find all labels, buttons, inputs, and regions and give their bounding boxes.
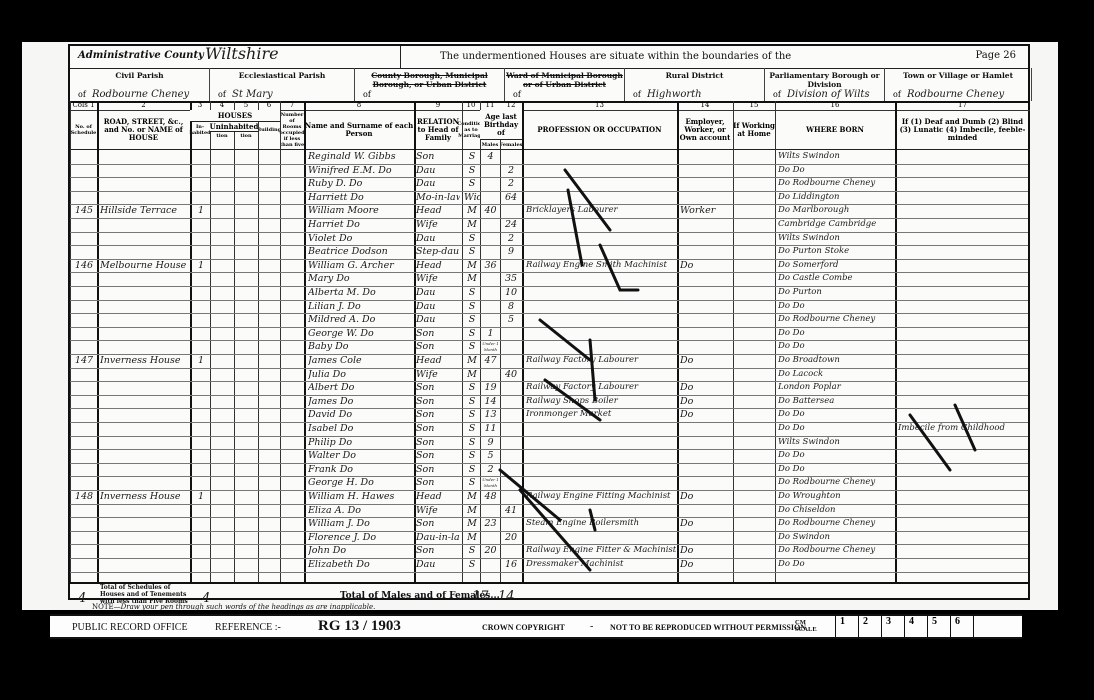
- column-divider: [677, 101, 679, 582]
- cell-cond: S: [464, 423, 480, 434]
- cell-m: Under 1 Month: [481, 477, 500, 489]
- cell-born: Do Castle Combe: [778, 273, 894, 283]
- district-row: Civil ParishofRodbourne CheneyEcclesiast…: [70, 68, 1028, 103]
- cell-f: 16: [501, 559, 521, 570]
- cell-name: Julia Do: [308, 369, 412, 380]
- cell-born: Wilts Swindon: [778, 233, 894, 243]
- cell-born: Do Rodbourne Cheney: [778, 314, 894, 324]
- cell-f: 10: [501, 287, 521, 298]
- cell-name: George W. Do: [308, 328, 412, 339]
- district-label: Parliamentary Borough or Division: [765, 68, 884, 89]
- cell-cond: M: [464, 369, 480, 380]
- cell-m: Under 1 Month: [481, 341, 500, 353]
- cell-f: 20: [501, 532, 521, 543]
- cell-emp: Do: [680, 396, 732, 407]
- cell-sched: 146: [72, 260, 96, 271]
- note-prefix: NOTE—: [92, 603, 121, 611]
- boundaries-text: The undermentioned Houses are situate wi…: [440, 51, 791, 62]
- cell-emp: Do: [680, 545, 732, 556]
- cell-cond: S: [464, 328, 480, 339]
- restriction-label: NOT TO BE REPRODUCED WITHOUT PERMISSION: [610, 623, 806, 632]
- cell-emp: Do: [680, 559, 732, 570]
- cell-rel: Son: [416, 545, 460, 556]
- district-value: Rodbourne Cheney: [92, 89, 189, 100]
- cell-name: John Do: [308, 545, 412, 556]
- age-group-header: Age last Birthday of: [480, 110, 522, 140]
- district-value: Division of Wilts: [787, 89, 870, 100]
- cell-cond: S: [464, 165, 480, 176]
- cell-name: James Do: [308, 396, 412, 407]
- cell-m: 1: [481, 328, 500, 339]
- cell-name: Mary Do: [308, 273, 412, 284]
- cell-cond: S: [464, 409, 480, 420]
- cell-rel: Son: [416, 477, 460, 488]
- cell-emp: Do: [680, 518, 732, 529]
- cell-occ: Railway Engine Fitter & Machinist: [526, 545, 676, 555]
- admin-county-label: Administrative County: [78, 50, 204, 61]
- cell-born: Do Do: [778, 301, 894, 311]
- district-label: Town or Village or Hamlet: [885, 68, 1031, 80]
- district-0: Civil ParishofRodbourne Cheney: [70, 68, 210, 101]
- cell-cond: S: [464, 314, 480, 325]
- scale-mark: 6: [950, 616, 973, 637]
- schedules-total: 4: [78, 591, 86, 606]
- column-header-rooms: Number of Rooms occupied if less than fi…: [280, 110, 304, 150]
- row-rule: [70, 572, 1028, 573]
- cell-cond: Wid: [464, 192, 480, 203]
- column-header-females: Females: [500, 140, 522, 150]
- cell-cond: S: [464, 151, 480, 162]
- cell-born: Do Purton: [778, 287, 894, 297]
- column-divider: [70, 101, 71, 582]
- cell-rel: Dau: [416, 559, 460, 570]
- cell-rel: Son: [416, 518, 460, 529]
- district-5: Parliamentary Borough or DivisionofDivis…: [765, 68, 885, 101]
- cell-cond: S: [464, 287, 480, 298]
- column-header-occupation: PROFESSION OR OCCUPATION: [522, 110, 677, 150]
- cell-sched: 148: [72, 491, 96, 502]
- cell-rel: Dau: [416, 233, 460, 244]
- cell-name: Harriet Do: [308, 219, 412, 230]
- admin-county-value: Wiltshire: [205, 44, 279, 63]
- cell-rel: Head: [416, 491, 460, 502]
- cell-f: 9: [501, 246, 521, 257]
- of-label: of: [773, 90, 781, 99]
- cell-rel: Son: [416, 423, 460, 434]
- cell-f: 2: [501, 178, 521, 189]
- cell-born: Do Broadtown: [778, 355, 894, 365]
- cell-name: Florence J. Do: [308, 532, 412, 543]
- district-4: Rural DistrictofHighworth: [625, 68, 765, 101]
- cell-name: Frank Do: [308, 464, 412, 475]
- cell-rel: Wife: [416, 369, 460, 380]
- copyright-label: CROWN COPYRIGHT: [482, 623, 565, 632]
- cell-name: Reginald W. Gibbs: [308, 151, 412, 162]
- cell-name: William G. Archer: [308, 260, 412, 271]
- column-divider: [280, 101, 281, 582]
- district-1: Ecclesiastical ParishofSt Mary: [210, 68, 355, 101]
- district-label: Ward of Municipal Borough or of Urban Di…: [505, 68, 624, 89]
- cell-rel: Wife: [416, 273, 460, 284]
- cell-occ: Dressmaker Machinist: [526, 559, 676, 569]
- cell-m: 23: [481, 518, 500, 529]
- cell-house: Hillside Terrace: [100, 205, 188, 216]
- cell-name: Elizabeth Do: [308, 559, 412, 570]
- cell-cond: S: [464, 477, 480, 488]
- cell-name: William H. Hawes: [308, 491, 412, 502]
- cell-cond: M: [464, 219, 480, 230]
- cell-m: 11: [481, 423, 500, 434]
- cm-scale: 123456: [835, 616, 1013, 637]
- cell-sched: 147: [72, 355, 96, 366]
- cell-f: 41: [501, 505, 521, 516]
- cell-occ: Railway Engine Fitting Machinist: [526, 491, 676, 501]
- scale-blank: [973, 616, 1013, 637]
- cell-name: David Do: [308, 409, 412, 420]
- of-label: of: [633, 90, 641, 99]
- column-header-at_home: If Working at Home: [733, 110, 775, 150]
- district-6: Town or Village or HamletofRodbourne Che…: [885, 68, 1032, 101]
- cell-m: 5: [481, 450, 500, 461]
- cell-occ: Steam Engine Boilersmith: [526, 518, 676, 528]
- cell-name: William J. Do: [308, 518, 412, 529]
- cell-name: Violet Do: [308, 233, 412, 244]
- cell-rel: Son: [416, 409, 460, 420]
- cell-name: James Cole: [308, 355, 412, 366]
- cell-born: Do Lacock: [778, 369, 894, 379]
- scale-mark: 4: [904, 616, 927, 637]
- of-label: of: [363, 90, 371, 99]
- cell-born: Do Do: [778, 423, 894, 433]
- cell-house: Inverness House: [100, 355, 188, 366]
- cell-cond: S: [464, 450, 480, 461]
- cell-born: Do Do: [778, 464, 894, 474]
- cell-rel: Wife: [416, 219, 460, 230]
- cell-born: Do Do: [778, 165, 894, 175]
- cell-rel: Dau: [416, 287, 460, 298]
- cell-born: Do Do: [778, 328, 894, 338]
- cell-m: 19: [481, 382, 500, 393]
- cell-rel: Son: [416, 396, 460, 407]
- admin-county-box: Administrative County Wiltshire: [70, 46, 401, 68]
- cell-f: 24: [501, 219, 521, 230]
- cell-emp: Do: [680, 491, 732, 502]
- cell-m: 2: [481, 464, 500, 475]
- cell-inh: 1: [194, 355, 208, 366]
- cell-name: Beatrice Dodson: [308, 246, 412, 257]
- uninhabited-group-header: Uninhabited: [210, 122, 258, 132]
- cell-born: Do Marlborough: [778, 205, 894, 215]
- column-header-name: Name and Surname of each Person: [304, 110, 414, 150]
- cell-cond: S: [464, 545, 480, 556]
- cell-m: 36: [481, 260, 500, 271]
- cell-sched: 145: [72, 205, 96, 216]
- cell-born: Do Rodbourne Cheney: [778, 545, 894, 555]
- cell-name: Philip Do: [308, 437, 412, 448]
- district-3: Ward of Municipal Borough or of Urban Di…: [505, 68, 625, 101]
- cell-rel: Son: [416, 382, 460, 393]
- cell-born: Do Somerford: [778, 260, 894, 270]
- column-header-relation: RELATION to Head of Family: [414, 110, 462, 150]
- cell-born: Do Do: [778, 341, 894, 351]
- district-label: County Borough, Municipal Borough, or Ur…: [355, 68, 504, 89]
- cell-f: 5: [501, 314, 521, 325]
- cell-born: Do Do: [778, 409, 894, 419]
- cell-occ: Railway Factory Labourer: [526, 382, 676, 392]
- cell-occ: Ironmonger Market: [526, 409, 676, 419]
- cell-occ: Railway Shops Boiler: [526, 396, 676, 406]
- houses-group-header: HOUSES: [190, 110, 280, 122]
- cell-born: London Poplar: [778, 382, 894, 392]
- column-divider: [234, 101, 235, 582]
- cell-house: Melbourne House: [100, 260, 188, 271]
- column-header-employer: Employer, Worker, or Own account: [677, 110, 733, 150]
- column-header-schedules: No. of Schedule: [70, 110, 97, 150]
- cell-f: 35: [501, 273, 521, 284]
- cell-m: 4: [481, 151, 500, 162]
- cell-m: 9: [481, 437, 500, 448]
- cell-rel: Dau-in-law: [416, 532, 460, 543]
- cell-name: George H. Do: [308, 477, 412, 488]
- district-label: Civil Parish: [70, 68, 209, 80]
- cell-emp: Do: [680, 409, 732, 420]
- cell-rel: Son: [416, 450, 460, 461]
- cell-born: Do Wroughton: [778, 491, 894, 501]
- cell-cond: M: [464, 532, 480, 543]
- cell-inf: Imbecile from Childhood: [898, 423, 1028, 433]
- cell-name: Walter Do: [308, 450, 412, 461]
- cell-rel: Step-dau: [416, 246, 460, 257]
- office-label: PUBLIC RECORD OFFICE: [72, 622, 188, 633]
- cell-emp: Do: [680, 382, 732, 393]
- column-header-infirmity: If (1) Deaf and Dumb (2) Blind (3) Lunat…: [895, 110, 1030, 150]
- cell-cond: M: [464, 273, 480, 284]
- district-label: Rural District: [625, 68, 764, 80]
- cell-name: Alberta M. Do: [308, 287, 412, 298]
- cell-cond: S: [464, 233, 480, 244]
- cell-emp: Do: [680, 260, 732, 271]
- column-divider: [775, 101, 776, 582]
- district-2: County Borough, Municipal Borough, or Ur…: [355, 68, 505, 101]
- cell-rel: Head: [416, 205, 460, 216]
- cell-m: 13: [481, 409, 500, 420]
- cell-born: Do Rodbourne Cheney: [778, 518, 894, 528]
- cell-occ: Railway Factory Labourer: [526, 355, 676, 365]
- cell-born: Wilts Swindon: [778, 151, 894, 161]
- cell-born: Do Do: [778, 450, 894, 460]
- column-header-males: Males: [480, 140, 500, 150]
- cell-born: Do Do: [778, 559, 894, 569]
- scale-mark: 1: [835, 616, 858, 637]
- district-value: Rodbourne Cheney: [907, 89, 1004, 100]
- column-header-where_born: WHERE BORN: [775, 110, 895, 150]
- cell-rel: Head: [416, 260, 460, 271]
- cell-cond: S: [464, 178, 480, 189]
- column-divider: [522, 101, 524, 582]
- column-divider: [97, 101, 99, 582]
- cell-name: Baby Do: [308, 341, 412, 352]
- scale-mark: 2: [858, 616, 881, 637]
- cell-m: 14: [481, 396, 500, 407]
- cell-born: Do Liddington: [778, 192, 894, 202]
- males-total: 17: [472, 589, 489, 604]
- cell-cond: M: [464, 518, 480, 529]
- cell-cond: S: [464, 464, 480, 475]
- cell-inh: 1: [194, 205, 208, 216]
- archive-footer: PUBLIC RECORD OFFICE REFERENCE :- RG 13 …: [50, 614, 1022, 639]
- district-value: Highworth: [647, 89, 702, 100]
- cell-inh: 1: [194, 260, 208, 271]
- cell-rel: Son: [416, 437, 460, 448]
- cell-occ: Railway Engine Smith Machinist: [526, 260, 676, 270]
- cell-rel: Son: [416, 341, 460, 352]
- cell-rel: Dau: [416, 178, 460, 189]
- cell-m: 20: [481, 545, 500, 556]
- cell-f: 2: [501, 165, 521, 176]
- column-divider: [258, 101, 259, 582]
- cell-cond: M: [464, 260, 480, 271]
- column-divider: [733, 101, 734, 582]
- cell-rel: Dau: [416, 165, 460, 176]
- cell-name: Eliza A. Do: [308, 505, 412, 516]
- reference-number: RG 13 / 1903: [318, 618, 401, 635]
- cell-rel: Wife: [416, 505, 460, 516]
- cm-scale-label: CM SCALE: [795, 619, 825, 633]
- cell-name: Lilian J. Do: [308, 301, 412, 312]
- cell-name: William Moore: [308, 205, 412, 216]
- cell-rel: Dau: [416, 314, 460, 325]
- cell-born: Do Battersea: [778, 396, 894, 406]
- cell-born: Do Rodbourne Cheney: [778, 178, 894, 188]
- cell-name: Winifred E.M. Do: [308, 165, 412, 176]
- column-divider: [210, 101, 211, 582]
- cell-born: Do Swindon: [778, 532, 894, 542]
- cell-cond: M: [464, 491, 480, 502]
- cell-cond: S: [464, 396, 480, 407]
- cell-m: 47: [481, 355, 500, 366]
- cell-emp: Worker: [680, 205, 732, 216]
- cell-rel: Son: [416, 328, 460, 339]
- column-header-road: ROAD, STREET, &c., and No. or NAME of HO…: [97, 110, 190, 150]
- cell-f: 2: [501, 233, 521, 244]
- column-divider: [190, 101, 192, 582]
- column-divider: [895, 101, 897, 582]
- census-form: Administrative County Wiltshire The unde…: [68, 44, 1030, 600]
- column-header-condition: Condition as to Marriage: [462, 110, 480, 150]
- cell-name: Harriett Do: [308, 192, 412, 203]
- district-label: Ecclesiastical Parish: [210, 68, 354, 80]
- separator-dash: -: [590, 621, 593, 632]
- cell-born: Cambridge Cambridge: [778, 219, 894, 229]
- cell-cond: S: [464, 301, 480, 312]
- cell-cond: S: [464, 382, 480, 393]
- cell-f: 40: [501, 369, 521, 380]
- cell-born: Do Rodbourne Cheney: [778, 477, 894, 487]
- column-divider: [462, 101, 463, 582]
- form-note: NOTE—Draw your pen through such words of…: [92, 603, 375, 611]
- cell-name: Ruby D. Do: [308, 178, 412, 189]
- cell-cond: S: [464, 246, 480, 257]
- district-value: St Mary: [232, 89, 273, 100]
- houses-total-label: Total of Schedules of Houses and of Tene…: [100, 584, 188, 605]
- cell-born: Do Chiseldon: [778, 505, 894, 515]
- cell-cond: M: [464, 205, 480, 216]
- cell-cond: S: [464, 559, 480, 570]
- cell-occ: Bricklayers Labourer: [526, 205, 676, 215]
- cell-rel: Head: [416, 355, 460, 366]
- page-number: Page 26: [976, 50, 1016, 61]
- cell-house: Inverness House: [100, 491, 188, 502]
- cell-cond: S: [464, 341, 480, 352]
- of-label: of: [893, 90, 901, 99]
- scale-mark: 5: [927, 616, 950, 637]
- cell-name: Mildred A. Do: [308, 314, 412, 325]
- of-label: of: [513, 90, 521, 99]
- cell-name: Albert Do: [308, 382, 412, 393]
- cell-m: 40: [481, 205, 500, 216]
- cell-emp: Do: [680, 355, 732, 366]
- cell-cond: S: [464, 437, 480, 448]
- cell-rel: Son: [416, 151, 460, 162]
- totals-divider: [70, 582, 1028, 584]
- cell-rel: Mo-in-law: [416, 192, 460, 203]
- cell-inh: 1: [194, 491, 208, 502]
- cell-name: Isabel Do: [308, 423, 412, 434]
- cell-born: Do Purton Stoke: [778, 246, 894, 256]
- reference-label: REFERENCE :-: [215, 622, 281, 633]
- cell-cond: M: [464, 505, 480, 516]
- cell-cond: M: [464, 355, 480, 366]
- of-label: of: [218, 90, 226, 99]
- females-total: 14: [498, 589, 515, 604]
- cell-f: 64: [501, 192, 521, 203]
- cell-rel: Son: [416, 464, 460, 475]
- cell-rel: Dau: [416, 301, 460, 312]
- form-header: Administrative County Wiltshire The unde…: [70, 46, 1028, 69]
- of-label: of: [78, 90, 86, 99]
- note-text: Draw your pen through such words of the …: [121, 603, 376, 611]
- column-divider: [304, 101, 306, 582]
- cell-m: 48: [481, 491, 500, 502]
- column-divider: [500, 140, 501, 582]
- cell-f: 8: [501, 301, 521, 312]
- cell-born: Wilts Swindon: [778, 437, 894, 447]
- scale-mark: 3: [881, 616, 904, 637]
